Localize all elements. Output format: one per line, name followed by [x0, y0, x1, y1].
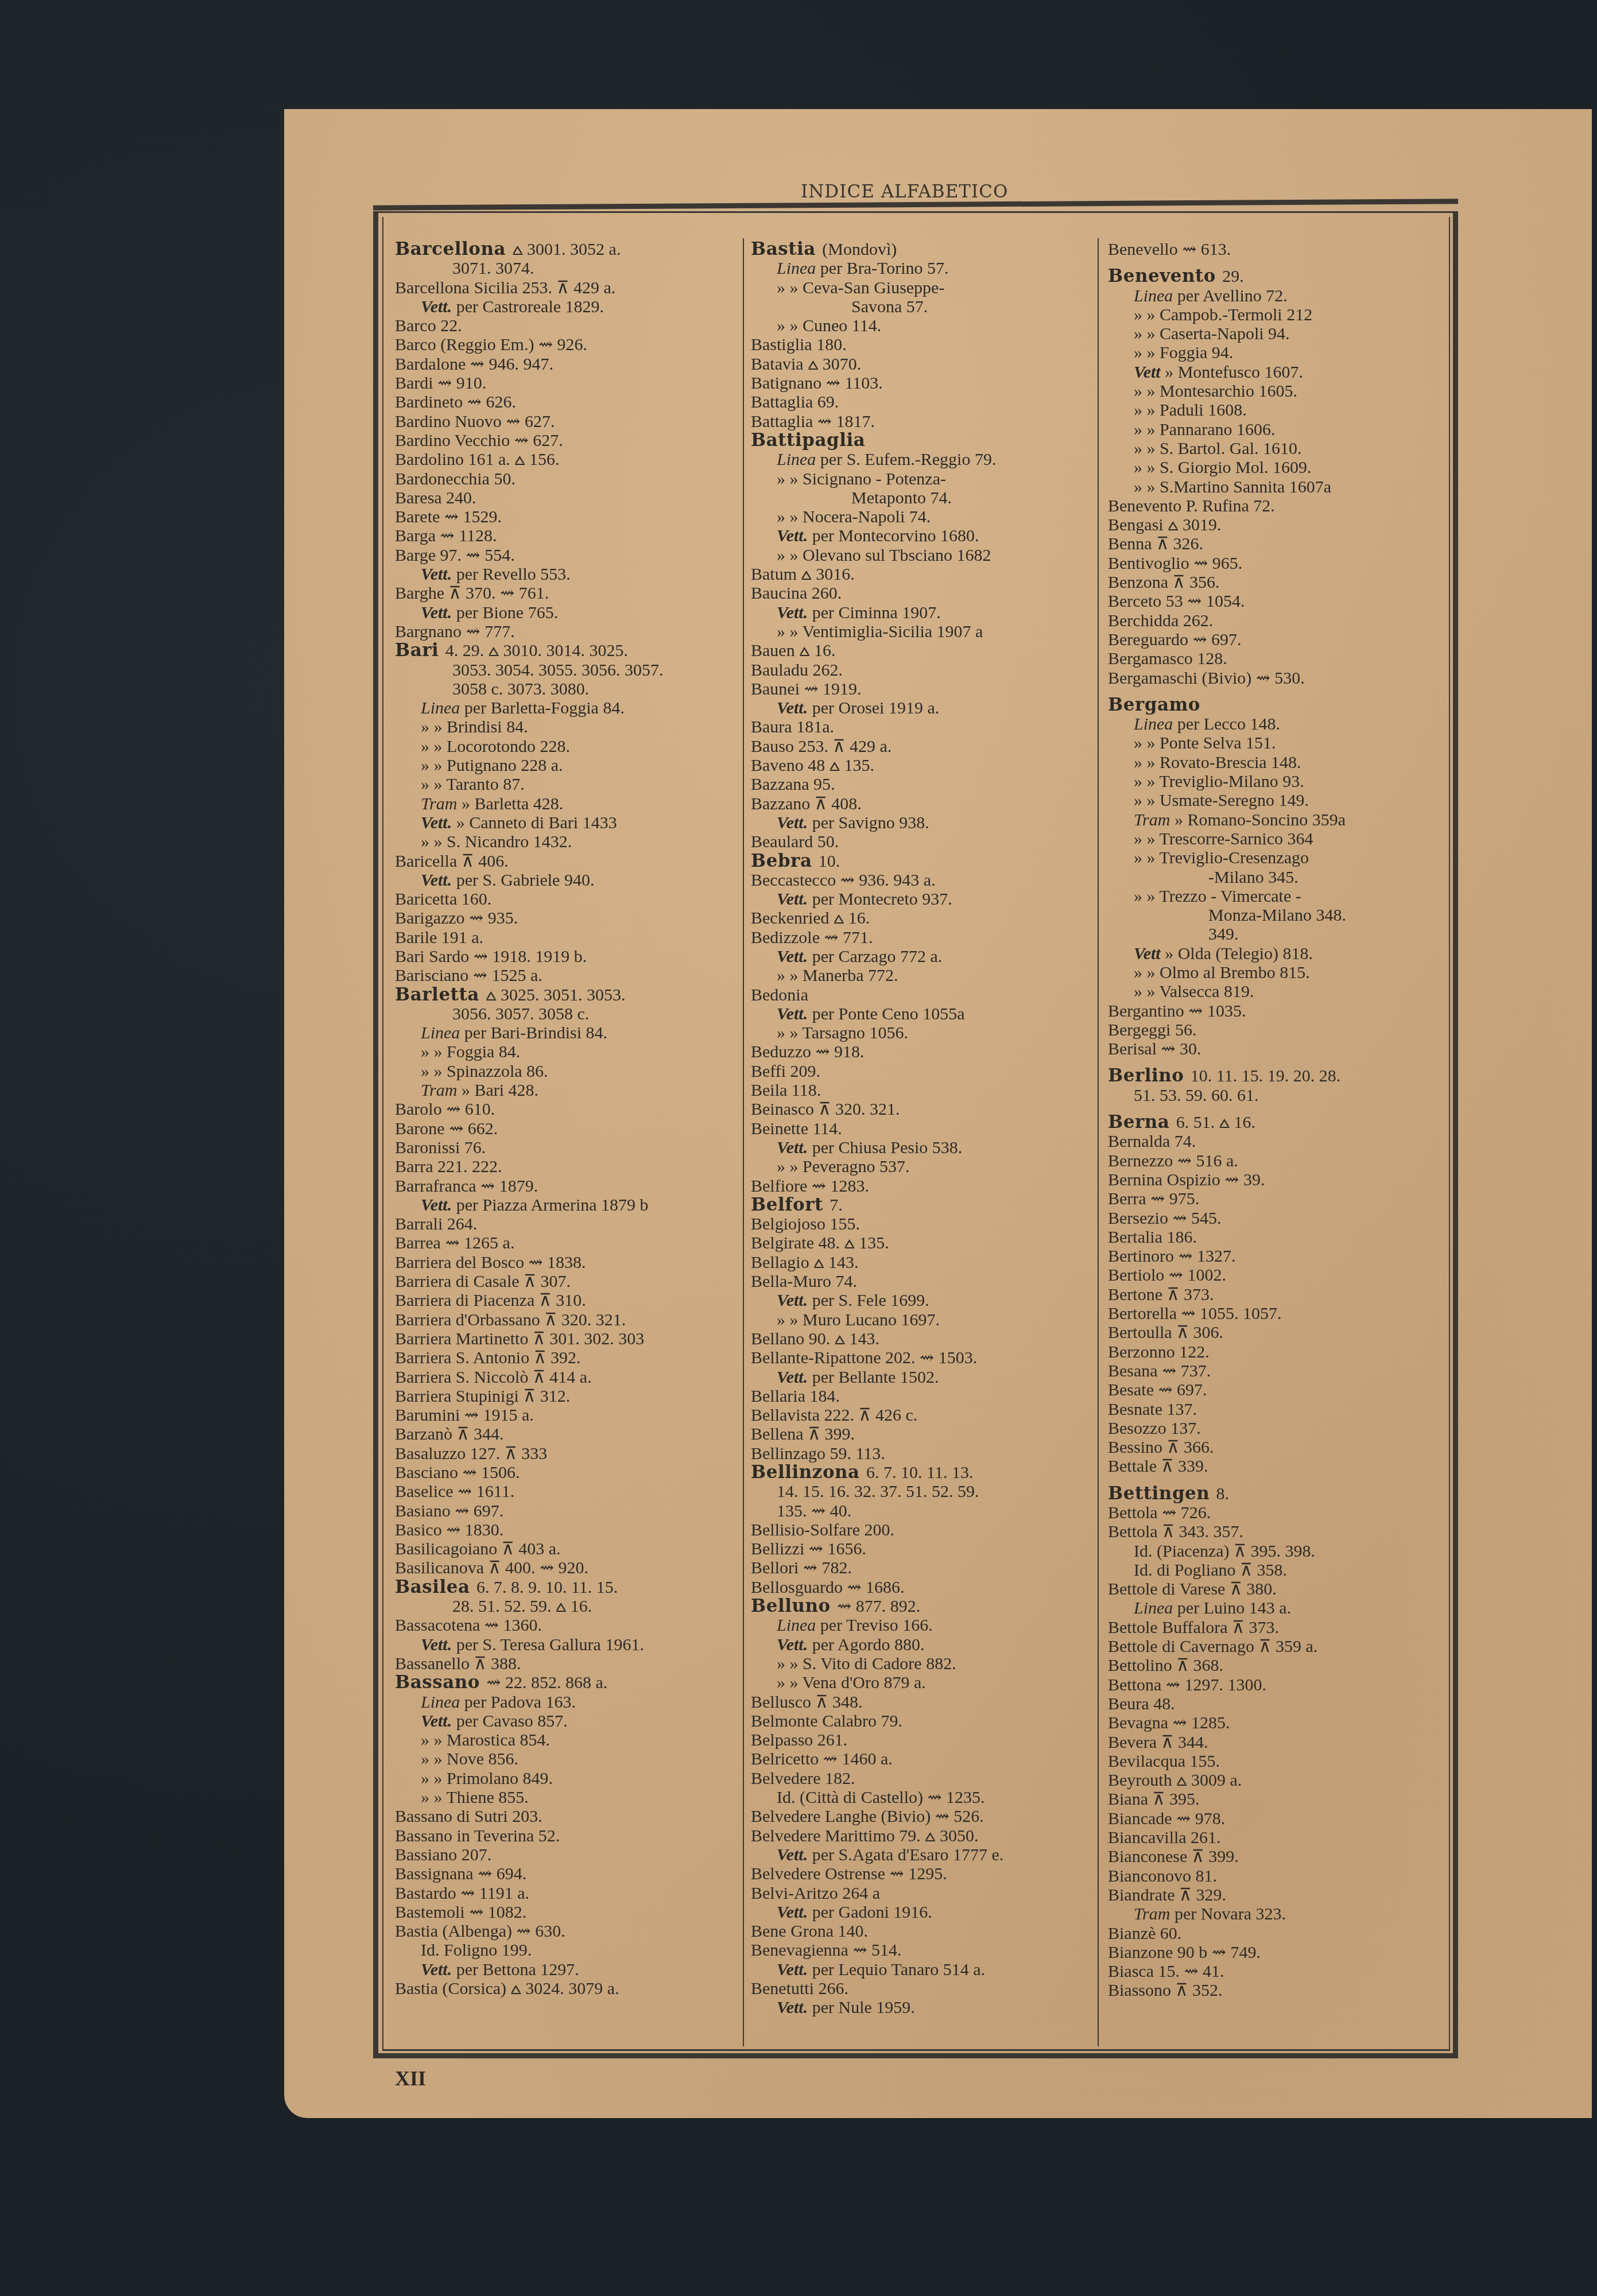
index-entry: Bellusco ⊼ 348.: [751, 1693, 1090, 1712]
index-entry: Linea per Treviso 166.: [751, 1616, 1090, 1635]
index-entry: Battaglia ⇝ 1817.: [751, 412, 1090, 431]
index-entry: Batum ⩟ 3016.: [751, 565, 1090, 584]
entry-city-bold: Belluno: [751, 1596, 837, 1616]
index-entry: Bianconovo 81.: [1108, 1867, 1447, 1886]
column-divider: [743, 238, 744, 2046]
index-entry: Bassanello ⊼ 388.: [395, 1654, 734, 1673]
index-entry: » » Spinazzola 86.: [395, 1062, 734, 1081]
index-entry: Barge 97. ⇝ 554.: [395, 546, 734, 565]
route-type-label: Linea: [421, 699, 460, 717]
index-entry: Vett. per Savigno 938.: [751, 813, 1090, 832]
entry-city-bold: Barcellona: [395, 239, 512, 259]
index-entry: Baricetta 160.: [395, 890, 734, 909]
index-entry: Vett. per Bione 765.: [395, 603, 734, 622]
index-entry: Bardonecchia 50.: [395, 470, 734, 488]
index-entry: Bardi ⇝ 910.: [395, 374, 734, 393]
page-header: INDICE ALFABETICO: [801, 181, 1008, 202]
route-type-label: Vett.: [777, 1291, 808, 1310]
index-entry: Belgirate 48. ⩟ 135.: [751, 1234, 1090, 1252]
entry-city-bold: Bebra: [751, 851, 819, 871]
index-entry: Bebra 10.: [751, 852, 1090, 871]
index-entry: Belvi-Aritzo 264 a: [751, 1884, 1090, 1903]
index-entry: Vett. per Bellante 1502.: [751, 1368, 1090, 1387]
index-entry: Benzona ⊼ 356.: [1108, 573, 1447, 592]
index-entry: Bergantino ⇝ 1035.: [1108, 1002, 1447, 1021]
index-entry: Battaglia 69.: [751, 393, 1090, 412]
index-entry: Vett. per Orosei 1919 a.: [751, 699, 1090, 717]
route-type-label: Vett.: [421, 871, 452, 890]
index-entry: Bessino ⊼ 366.: [1108, 1438, 1447, 1457]
index-entry: Beccastecco ⇝ 936. 943 a.: [751, 871, 1090, 890]
route-type-label: Vett.: [777, 1998, 808, 2017]
route-type-label: Vett.: [777, 1903, 808, 1922]
index-entry: » » Montesarchio 1605.: [1108, 382, 1447, 401]
index-entry: Bellisio-Solfare 200.: [751, 1521, 1090, 1539]
entry-city-bold: Berlino: [1108, 1065, 1191, 1086]
index-entry: 3071. 3074.: [395, 259, 734, 278]
index-entry: » » Primolano 849.: [395, 1769, 734, 1788]
index-entry: » » Caserta-Napoli 94.: [1108, 324, 1447, 343]
index-entry: Biassono ⊼ 352.: [1108, 1981, 1447, 2000]
index-entry: Bauso 253. ⊼ 429 a.: [751, 737, 1090, 756]
index-entry: Bentivoglio ⇝ 965.: [1108, 554, 1447, 573]
index-entry: Besate ⇝ 697.: [1108, 1380, 1447, 1399]
index-entry: Beaulard 50.: [751, 832, 1090, 851]
index-entry: Bastia (Mondovì): [751, 240, 1090, 259]
index-entry: Basaluzzo 127. ⊼ 333: [395, 1444, 734, 1463]
page-number: XII: [395, 2066, 426, 2091]
index-entry: Vett. per Ciminna 1907.: [751, 603, 1090, 622]
index-entry: 349.: [1108, 925, 1447, 944]
index-entry: Benna ⊼ 326.: [1108, 534, 1447, 553]
index-entry: » » Paduli 1608.: [1108, 401, 1447, 420]
index-entry: Bellinzona 6. 7. 10. 11. 13.: [751, 1463, 1090, 1482]
index-entry: Tram » Bari 428.: [395, 1081, 734, 1100]
index-entry: Bassano in Teverina 52.: [395, 1826, 734, 1845]
index-entry: Id. Foligno 199.: [395, 1941, 734, 1960]
index-entry: » » Pannarano 1606.: [1108, 420, 1447, 439]
index-entry: Vett. » Canneto di Bari 1433: [395, 813, 734, 832]
index-entry: Berra ⇝ 975.: [1108, 1189, 1447, 1208]
index-entry: Bergamo: [1108, 696, 1447, 715]
index-entry: Tram » Romano-Soncino 359a: [1108, 810, 1447, 829]
index-entry: Bernalda 74.: [1108, 1132, 1447, 1151]
index-entry: Linea per Luino 143 a.: [1108, 1599, 1447, 1618]
index-entry: Beffi 209.: [751, 1062, 1090, 1081]
index-entry: Barcellona Sicilia 253. ⊼ 429 a.: [395, 278, 734, 297]
index-entry: » » Ventimiglia-Sicilia 1907 a: [751, 622, 1090, 641]
index-entry: » » Olevano sul Tbsciano 1682: [751, 546, 1090, 565]
index-entry: Vett » Olda (Telegio) 818.: [1108, 944, 1447, 963]
index-column-1: Barcellona ⩟ 3001. 3052 a.3071. 3074.Bar…: [395, 240, 734, 1998]
index-entry: Bianzone 90 b ⇝ 749.: [1108, 1943, 1447, 1962]
index-entry: Bellena ⊼ 399.: [751, 1425, 1090, 1444]
index-entry: Bertorella ⇝ 1055. 1057.: [1108, 1304, 1447, 1323]
entry-city-bold: Battipaglia: [751, 430, 865, 451]
index-entry: Bellaria 184.: [751, 1387, 1090, 1406]
index-entry: Baveno 48 ⩟ 135.: [751, 756, 1090, 775]
index-entry: Vett. per Gadoni 1916.: [751, 1903, 1090, 1922]
index-entry: » » Tarsagno 1056.: [751, 1023, 1090, 1042]
index-entry: Belfort 7.: [751, 1196, 1090, 1215]
index-entry: Bauen ⩟ 16.: [751, 641, 1090, 660]
route-type-label: Linea: [777, 1616, 816, 1635]
route-type-label: Vett.: [421, 603, 452, 622]
index-entry: 3058 c. 3073. 3080.: [395, 680, 734, 699]
index-entry: » » Thiene 855.: [395, 1788, 734, 1807]
index-entry: Vett. per Piazza Armerina 1879 b: [395, 1196, 734, 1215]
index-entry: Bellante-Ripattone 202. ⇝ 1503.: [751, 1348, 1090, 1367]
index-entry: Bianconese ⊼ 399.: [1108, 1847, 1447, 1866]
index-entry: Benevello ⇝ 613.: [1108, 240, 1447, 259]
index-entry: » » Treviglio-Cresenzago: [1108, 848, 1447, 867]
index-entry: Vett. per S. Teresa Gallura 1961.: [395, 1635, 734, 1654]
index-entry: Barolo ⇝ 610.: [395, 1100, 734, 1119]
index-entry: Bari Sardo ⇝ 1918. 1919 b.: [395, 947, 734, 966]
index-entry: » » Campob.-Termoli 212: [1108, 305, 1447, 324]
index-entry: » » Taranto 87.: [395, 775, 734, 794]
index-column-2: Bastia (Mondovì)Linea per Bra-Torino 57.…: [751, 240, 1090, 2018]
entry-city-bold: Bergamo: [1108, 695, 1200, 715]
index-entry: Vett. per S. Gabriele 940.: [395, 871, 734, 890]
route-type-label: Vett.: [421, 1712, 452, 1731]
index-entry: Bettola ⊼ 343. 357.: [1108, 1522, 1447, 1541]
index-entry: Bardalone ⇝ 946. 947.: [395, 355, 734, 374]
index-entry: Barco 22.: [395, 316, 734, 335]
entry-city-bold: Basilea: [395, 1577, 476, 1597]
index-entry: Bertiolo ⇝ 1002.: [1108, 1266, 1447, 1285]
index-entry: Bellizzi ⇝ 1656.: [751, 1539, 1090, 1558]
index-entry: Benevento P. Rufina 72.: [1108, 497, 1447, 515]
entry-city-bold: Bettingen: [1108, 1483, 1216, 1504]
index-entry: Bettole di Varese ⊼ 380.: [1108, 1580, 1447, 1599]
route-type-label: Tram: [1134, 1905, 1170, 1923]
index-entry: Linea per Avellino 72.: [1108, 286, 1447, 305]
index-entry: » » Manerba 772.: [751, 966, 1090, 985]
entry-city-bold: Bastia: [751, 239, 822, 259]
index-entry: Vett. per Lequio Tanaro 514 a.: [751, 1960, 1090, 1979]
index-entry: Beila 118.: [751, 1081, 1090, 1100]
column-divider: [1098, 238, 1099, 2046]
index-entry: Barisciano ⇝ 1525 a.: [395, 966, 734, 985]
index-entry: Bettola ⇝ 726.: [1108, 1503, 1447, 1522]
index-entry: Monza-Milano 348.: [1108, 906, 1447, 925]
route-type-label: Tram: [421, 1081, 457, 1100]
index-entry: Linea per Bra-Torino 57.: [751, 259, 1090, 278]
index-entry: Barone ⇝ 662.: [395, 1119, 734, 1138]
route-type-label: Vett.: [777, 890, 808, 909]
index-entry: Barriera del Bosco ⇝ 1838.: [395, 1253, 734, 1272]
index-entry: Biancavilla 261.: [1108, 1828, 1447, 1847]
index-entry: Basilicagoiano ⊼ 403 a.: [395, 1539, 734, 1558]
index-entry: Barcellona ⩟ 3001. 3052 a.: [395, 240, 734, 259]
index-entry: Biasca 15. ⇝ 41.: [1108, 1962, 1447, 1981]
index-entry: Berchidda 262.: [1108, 611, 1447, 630]
index-entry: » » Brindisi 84.: [395, 717, 734, 736]
index-entry: » » Sicignano - Potenza-: [751, 470, 1090, 488]
index-entry: Barra 221. 222.: [395, 1157, 734, 1176]
entry-city-bold: Bassano: [395, 1672, 486, 1693]
index-entry: Vett. per Ponte Ceno 1055a: [751, 1004, 1090, 1023]
index-entry: 28. 51. 52. 59. ⩟ 16.: [395, 1597, 734, 1616]
index-entry: Vett. per Bettona 1297.: [395, 1960, 734, 1979]
index-entry: Bassignana ⇝ 694.: [395, 1864, 734, 1883]
index-entry: Bergamasco 128.: [1108, 649, 1447, 668]
index-entry: Belvedere 182.: [751, 1769, 1090, 1788]
route-type-label: Vett.: [777, 1004, 808, 1023]
index-entry: Benevagienna ⇝ 514.: [751, 1941, 1090, 1960]
index-entry: Bedonia: [751, 986, 1090, 1004]
index-entry: Vett. per Carzago 772 a.: [751, 947, 1090, 966]
route-type-label: Tram: [1134, 810, 1170, 829]
index-entry: Vett. per Nule 1959.: [751, 1998, 1090, 2017]
route-type-label: Linea: [1134, 286, 1173, 305]
index-entry: » » S. Giorgio Mol. 1609.: [1108, 458, 1447, 477]
index-entry: Baricella ⊼ 406.: [395, 852, 734, 871]
route-type-label: Tram: [421, 794, 457, 813]
index-entry: Bianzè 60.: [1108, 1924, 1447, 1943]
index-entry: Bardino Nuovo ⇝ 627.: [395, 412, 734, 431]
index-entry: » » S. Vito di Cadore 882.: [751, 1654, 1090, 1673]
route-type-label: Vett: [1134, 944, 1161, 963]
index-entry: » » S. Nicandro 1432.: [395, 832, 734, 851]
index-entry: Bastardo ⇝ 1191 a.: [395, 1884, 734, 1903]
index-entry: » » Foggia 84.: [395, 1042, 734, 1061]
index-entry: Barigazzo ⇝ 935.: [395, 909, 734, 928]
index-entry: » » Olmo al Brembo 815.: [1108, 963, 1447, 982]
index-entry: Barzanò ⊼ 344.: [395, 1425, 734, 1444]
index-entry: Baselice ⇝ 1611.: [395, 1482, 734, 1501]
index-entry: Biandrate ⊼ 329.: [1108, 1886, 1447, 1905]
index-entry: Bardolino 161 a. ⩟ 156.: [395, 450, 734, 469]
index-entry: Vett. per Revello 553.: [395, 565, 734, 584]
route-type-label: Vett.: [777, 1845, 808, 1864]
index-entry: Belfiore ⇝ 1283.: [751, 1177, 1090, 1196]
index-entry: Berna 6. 51. ⩟ 16.: [1108, 1113, 1447, 1132]
index-entry: Bereguardo ⇝ 697.: [1108, 630, 1447, 649]
index-entry: Bevera ⊼ 344.: [1108, 1733, 1447, 1752]
index-entry: Bellori ⇝ 782.: [751, 1558, 1090, 1577]
index-entry: Bastia (Albenga) ⇝ 630.: [395, 1922, 734, 1941]
index-entry: Barriera d'Orbassano ⊼ 320. 321.: [395, 1310, 734, 1329]
index-entry: Bernezzo ⇝ 516 a.: [1108, 1151, 1447, 1170]
index-entry: » » Foggia 94.: [1108, 343, 1447, 362]
index-entry: Berisal ⇝ 30.: [1108, 1040, 1447, 1058]
entry-city-bold: Berna: [1108, 1112, 1176, 1133]
route-type-label: Vett.: [421, 297, 452, 316]
route-type-label: Vett: [1134, 363, 1161, 382]
index-entry: 3056. 3057. 3058 c.: [395, 1004, 734, 1023]
index-entry: Bauladu 262.: [751, 661, 1090, 680]
index-entry: » » S. Bartol. Gal. 1610.: [1108, 439, 1447, 458]
index-entry: Bassano di Sutri 203.: [395, 1807, 734, 1826]
index-entry: Baucina 260.: [751, 584, 1090, 603]
route-type-label: Linea: [777, 450, 816, 469]
index-entry: Benetutti 266.: [751, 1979, 1090, 1998]
index-entry: Bene Grona 140.: [751, 1922, 1090, 1941]
route-type-label: Linea: [1134, 715, 1173, 734]
index-entry: Bettingen 8.: [1108, 1484, 1447, 1503]
index-entry: Besozzo 137.: [1108, 1419, 1447, 1438]
index-entry: -Milano 345.: [1108, 868, 1447, 887]
index-entry: Besana ⇝ 737.: [1108, 1362, 1447, 1380]
index-entry: 135. ⇝ 40.: [751, 1502, 1090, 1521]
index-entry: » » Rovato-Brescia 148.: [1108, 753, 1447, 772]
index-entry: Belricetto ⇝ 1460 a.: [751, 1750, 1090, 1768]
index-entry: Battipaglia: [751, 431, 1090, 450]
index-entry: Bassacotena ⇝ 1360.: [395, 1616, 734, 1635]
index-entry: Benevento 29.: [1108, 267, 1447, 286]
index-entry: » » Vena d'Oro 879 a.: [751, 1673, 1090, 1692]
index-entry: Belmonte Calabro 79.: [751, 1712, 1090, 1731]
index-entry: Bella-Muro 74.: [751, 1272, 1090, 1291]
index-entry: Linea per Barletta-Foggia 84.: [395, 699, 734, 717]
entry-city-bold: Bellinzona: [751, 1462, 866, 1483]
index-entry: Basiano ⇝ 697.: [395, 1502, 734, 1521]
index-entry: Berzonno 122.: [1108, 1343, 1447, 1362]
index-entry: Bellinzago 59. 113.: [751, 1444, 1090, 1463]
index-entry: Berlino 10. 11. 15. 19. 20. 28.: [1108, 1066, 1447, 1085]
index-entry: Batavia ⩟ 3070.: [751, 355, 1090, 374]
index-entry: Vett. per S. Fele 1699.: [751, 1291, 1090, 1310]
index-entry: Barga ⇝ 1128.: [395, 526, 734, 545]
index-entry: Beura 48.: [1108, 1694, 1447, 1713]
index-entry: Bettona ⇝ 1297. 1300.: [1108, 1676, 1447, 1694]
index-entry: » » Muro Lucano 1697.: [751, 1310, 1090, 1329]
index-entry: Bersezio ⇝ 545.: [1108, 1209, 1447, 1228]
index-entry: Vett. per Agordo 880.: [751, 1635, 1090, 1654]
index-entry: » » Ponte Selva 151.: [1108, 734, 1447, 753]
index-entry: Bastemoli ⇝ 1082.: [395, 1903, 734, 1922]
entry-city-bold: Bari: [395, 640, 445, 661]
index-entry: Linea per Lecco 148.: [1108, 715, 1447, 734]
index-entry: Vett. per S.Agata d'Esaro 1777 e.: [751, 1845, 1090, 1864]
route-type-label: Vett.: [777, 813, 808, 832]
index-entry: Barrea ⇝ 1265 a.: [395, 1234, 734, 1252]
index-entry: Bari 4. 29. ⩟ 3010. 3014. 3025.: [395, 641, 734, 660]
index-entry: » » Peveragno 537.: [751, 1157, 1090, 1176]
index-entry: Vett. per Cavaso 857.: [395, 1712, 734, 1731]
index-entry: 51. 53. 59. 60. 61.: [1108, 1086, 1447, 1105]
index-column-3: Benevello ⇝ 613.Benevento 29.Linea per A…: [1108, 240, 1447, 2000]
index-entry: Metaponto 74.: [751, 488, 1090, 507]
index-entry: Bettole di Cavernago ⊼ 359 a.: [1108, 1637, 1447, 1656]
index-entry: Bargnano ⇝ 777.: [395, 622, 734, 641]
index-entry: Belluno ⇝ 877. 892.: [751, 1597, 1090, 1616]
index-entry: Id. (Città di Castello) ⇝ 1235.: [751, 1788, 1090, 1807]
index-entry: Barletta ⩟ 3025. 3051. 3053.: [395, 986, 734, 1004]
index-entry: Barriera Martinetto ⊼ 301. 302. 303: [395, 1329, 734, 1348]
index-entry: Linea per Padova 163.: [395, 1693, 734, 1712]
index-entry: Baura 181a.: [751, 717, 1090, 736]
route-type-label: Vett.: [777, 1368, 808, 1387]
index-entry: Barrali 264.: [395, 1215, 734, 1234]
index-entry: Barriera di Casale ⊼ 307.: [395, 1272, 734, 1291]
index-entry: » » Valsecca 819.: [1108, 982, 1447, 1001]
index-entry: Basilea 6. 7. 8. 9. 10. 11. 15.: [395, 1578, 734, 1597]
route-type-label: Vett.: [777, 1960, 808, 1979]
index-entry: Bengasi ⩟ 3019.: [1108, 515, 1447, 534]
index-entry: Belvedere Langhe (Bivio) ⇝ 526.: [751, 1807, 1090, 1826]
index-entry: Vett » Montefusco 1607.: [1108, 363, 1447, 382]
index-entry: Bergeggi 56.: [1108, 1021, 1447, 1040]
index-entry: Barco (Reggio Em.) ⇝ 926.: [395, 335, 734, 354]
index-entry: Bertalia 186.: [1108, 1228, 1447, 1247]
route-type-label: Vett.: [421, 1635, 452, 1654]
index-entry: Bazzano ⊼ 408.: [751, 794, 1090, 813]
index-entry: Bazzana 95.: [751, 775, 1090, 794]
index-entry: Besnate 137.: [1108, 1400, 1447, 1419]
route-type-label: Vett.: [421, 1960, 452, 1979]
index-entry: Basico ⇝ 1830.: [395, 1521, 734, 1539]
route-type-label: Linea: [777, 259, 816, 278]
index-entry: Bettale ⊼ 339.: [1108, 1457, 1447, 1476]
route-type-label: Vett.: [777, 699, 808, 717]
index-entry: » » Marostica 854.: [395, 1731, 734, 1750]
index-entry: Bergamaschi (Bivio) ⇝ 530.: [1108, 669, 1447, 688]
index-entry: Bastia (Corsica) ⩟ 3024. 3079 a.: [395, 1979, 734, 1998]
index-entry: Bettolino ⊼ 368.: [1108, 1656, 1447, 1675]
index-entry: » » Usmate-Seregno 149.: [1108, 791, 1447, 810]
index-entry: Belvedere Ostrense ⇝ 1295.: [751, 1864, 1090, 1883]
index-entry: Bellano 90. ⩟ 143.: [751, 1329, 1090, 1348]
index-entry: Berceto 53 ⇝ 1054.: [1108, 592, 1447, 611]
index-entry: Vett. per Montecreto 937.: [751, 890, 1090, 909]
index-entry: Barriera di Piacenza ⊼ 310.: [395, 1291, 734, 1310]
entry-city-bold: Barletta: [395, 984, 486, 1005]
index-entry: » » Cuneo 114.: [751, 316, 1090, 335]
index-entry: Bevilacqua 155.: [1108, 1752, 1447, 1771]
entry-city-bold: Benevento: [1108, 266, 1222, 286]
index-entry: Belgiojoso 155.: [751, 1215, 1090, 1234]
index-entry: Bassiano 207.: [395, 1845, 734, 1864]
index-entry: Savona 57.: [751, 297, 1090, 316]
route-type-label: Linea: [1134, 1599, 1173, 1618]
index-entry: Bellagio ⩟ 143.: [751, 1253, 1090, 1272]
index-entry: Bevagna ⇝ 1285.: [1108, 1713, 1447, 1732]
index-entry: » » Treviglio-Milano 93.: [1108, 772, 1447, 791]
index-entry: Basilicanova ⊼ 400. ⇝ 920.: [395, 1558, 734, 1577]
index-entry: » » Locorotondo 228.: [395, 737, 734, 756]
route-type-label: Vett.: [777, 1138, 808, 1157]
index-entry: » » Trescorre-Sarnico 364: [1108, 829, 1447, 848]
index-entry: Bardino Vecchio ⇝ 627.: [395, 431, 734, 450]
index-entry: Barriera S. Antonio ⊼ 392.: [395, 1348, 734, 1367]
index-entry: Batignano ⇝ 1103.: [751, 374, 1090, 393]
index-entry: 3053. 3054. 3055. 3056. 3057.: [395, 661, 734, 680]
index-entry: Belpasso 261.: [751, 1731, 1090, 1750]
index-entry: Beinette 114.: [751, 1119, 1090, 1138]
index-entry: Linea per Bari-Brindisi 84.: [395, 1023, 734, 1042]
index-entry: Bardineto ⇝ 626.: [395, 393, 734, 412]
index-entry: Bellosguardo ⇝ 1686.: [751, 1578, 1090, 1597]
index-entry: Barriera S. Niccolò ⊼ 414 a.: [395, 1368, 734, 1387]
index-entry: Barete ⇝ 1529.: [395, 507, 734, 526]
index-entry: Barriera Stupinigi ⊼ 312.: [395, 1387, 734, 1406]
index-entry: Bertoulla ⊼ 306.: [1108, 1323, 1447, 1342]
route-type-label: Vett.: [421, 565, 452, 584]
index-entry: Baresa 240.: [395, 488, 734, 507]
index-entry: » » Nove 856.: [395, 1750, 734, 1768]
entry-city-bold: Belfort: [751, 1194, 829, 1215]
index-entry: Baronissi 76.: [395, 1138, 734, 1157]
index-entry: Beinasco ⊼ 320. 321.: [751, 1100, 1090, 1119]
route-type-label: Linea: [421, 1023, 460, 1042]
route-type-label: Vett.: [421, 1196, 452, 1215]
index-entry: Tram per Novara 323.: [1108, 1905, 1447, 1923]
index-entry: » » Putignano 228 a.: [395, 756, 734, 775]
index-entry: Vett. per Castroreale 1829.: [395, 297, 734, 316]
